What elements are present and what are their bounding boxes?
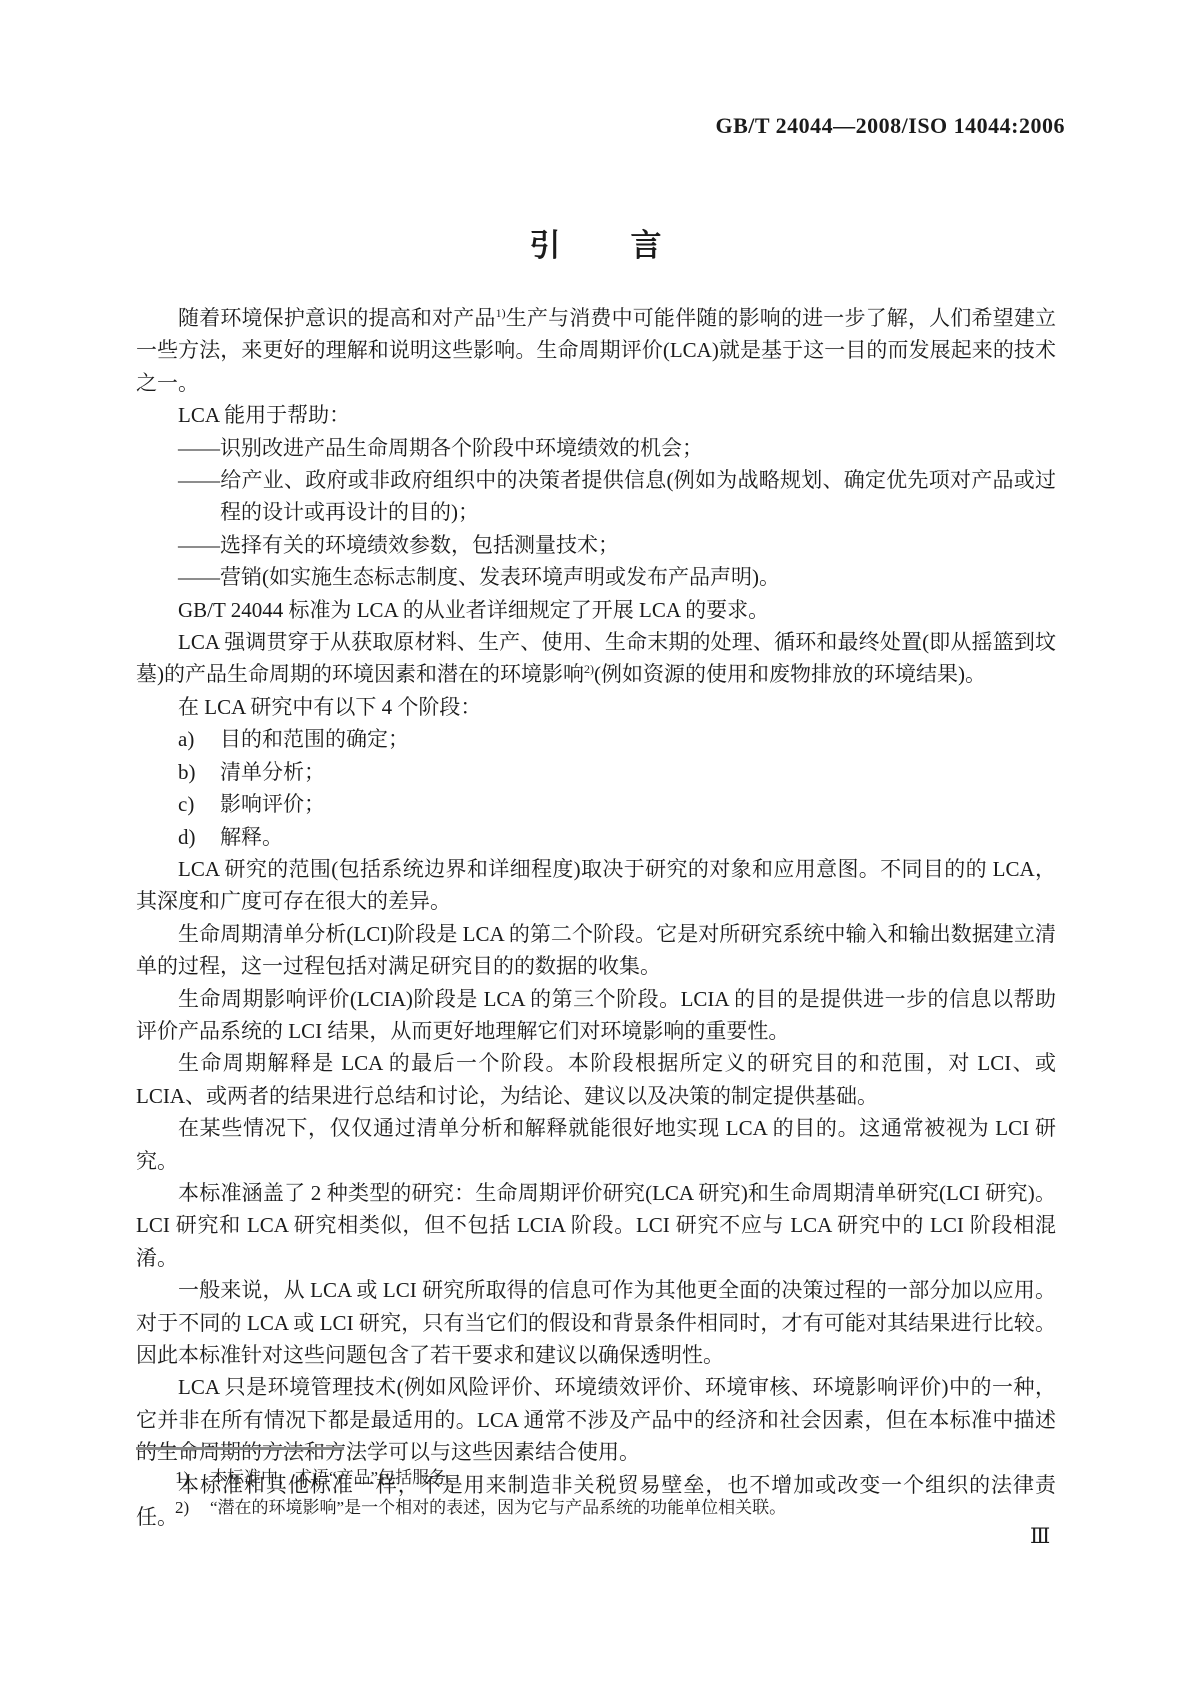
dash-marker: —— [178,529,220,561]
paragraph: LCA 研究的范围(包括系统边界和详细程度)取决于研究的对象和应用意图。不同目的… [136,853,1056,918]
paragraph: 生命周期影响评价(LCIA)阶段是 LCA 的第三个阶段。LCIA 的目的是提供… [136,983,1056,1048]
letter-marker: c) [178,788,220,820]
paragraph: 在某些情况下，仅仅通过清单分析和解释就能很好地实现 LCA 的目的。这通常被视为… [136,1112,1056,1177]
body-text: 随着环境保护意识的提高和对产品1)生产与消费中可能伴随的影响的进一步了解，人们希… [136,302,1056,1533]
list-item-letter: a)目的和范围的确定； [136,723,1056,755]
list-item-letter: c)影响评价； [136,788,1056,820]
dash-marker: —— [178,432,220,464]
footnote-divider [136,1447,344,1450]
paragraph: 生命周期清单分析(LCI)阶段是 LCA 的第二个阶段。它是对所研究系统中输入和… [136,918,1056,983]
paragraph: 生命周期解释是 LCA 的最后一个阶段。本阶段根据所定义的研究目的和范围，对 L… [136,1047,1056,1112]
list-item-letter: d)解释。 [136,821,1056,853]
footnotes-section: 1)本标准中，术语“产品”包括服务。2)“潜在的环境影响”是一个相对的表述，因为… [136,1447,1056,1523]
paragraph: LCA 能用于帮助： [136,399,1056,431]
footnote-reference: 2) [584,662,594,676]
dash-marker: —— [178,561,220,593]
paragraph: LCA 强调贯穿于从获取原材料、生产、使用、生命末期的处理、循环和最终处置(即从… [136,626,1056,691]
letter-marker: b) [178,756,220,788]
paragraph: 在 LCA 研究中有以下 4 个阶段： [136,691,1056,723]
footnote-reference: 1) [496,306,506,320]
letter-marker: d) [178,821,220,853]
page-title: 引言 [0,220,1191,265]
footnote-item: 1)本标准中，术语“产品”包括服务。 [136,1463,1056,1493]
footnote-item: 2)“潜在的环境影响”是一个相对的表述，因为它与产品系统的功能单位相关联。 [136,1493,1056,1523]
footnote-marker: 1) [175,1463,210,1493]
footnote-list: 1)本标准中，术语“产品”包括服务。2)“潜在的环境影响”是一个相对的表述，因为… [136,1463,1056,1523]
document-page: GB/T 24044—2008/ISO 14044:2006 引言 随着环境保护… [0,0,1191,1684]
list-item-dash: ——识别改进产品生命周期各个阶段中环境绩效的机会； [136,432,1056,464]
list-item-dash: ——营销(如实施生态标志制度、发表环境声明或发布产品声明)。 [136,561,1056,593]
paragraph: 本标准涵盖了 2 种类型的研究：生命周期评价研究(LCA 研究)和生命周期清单研… [136,1177,1056,1274]
letter-marker: a) [178,723,220,755]
paragraph: 一般来说，从 LCA 或 LCI 研究所取得的信息可作为其他更全面的决策过程的一… [136,1274,1056,1371]
list-item-letter: b)清单分析； [136,756,1056,788]
list-item-dash: ——给产业、政府或非政府组织中的决策者提供信息(例如为战略规划、确定优先项对产品… [136,464,1056,529]
dash-marker: —— [178,464,220,496]
standard-code-header: GB/T 24044—2008/ISO 14044:2006 [715,113,1065,139]
paragraph: 随着环境保护意识的提高和对产品1)生产与消费中可能伴随的影响的进一步了解，人们希… [136,302,1056,399]
footnote-marker: 2) [175,1493,210,1523]
list-item-dash: ——选择有关的环境绩效参数，包括测量技术； [136,529,1056,561]
paragraph: GB/T 24044 标准为 LCA 的从业者详细规定了开展 LCA 的要求。 [136,594,1056,626]
page-number: Ⅲ [1030,1524,1050,1549]
